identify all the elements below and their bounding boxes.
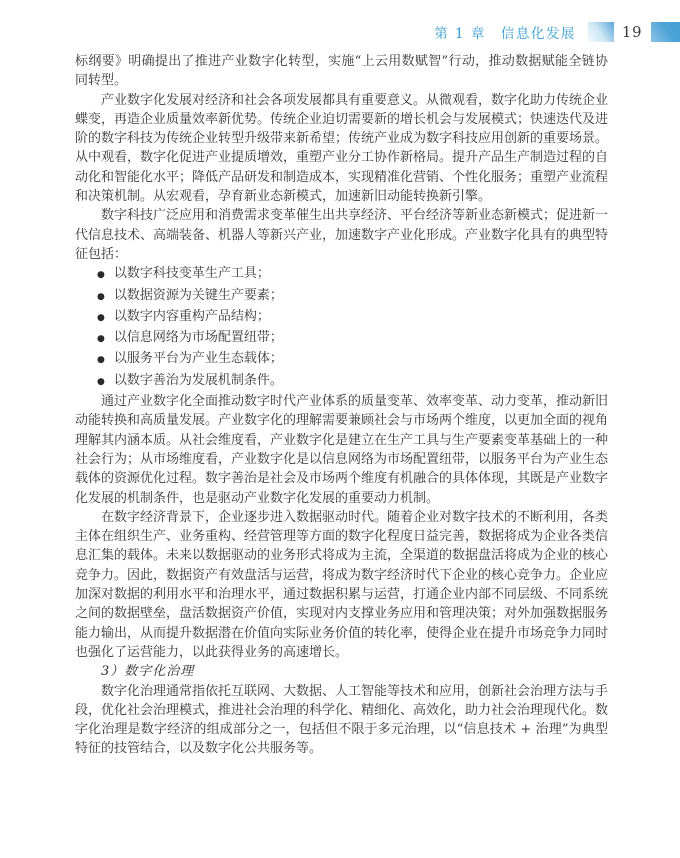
bullet-icon: ● [97,266,105,285]
section-heading: 3）数字化治理 [75,662,608,681]
list-item: ● 以数据资源为关键生产要素； [97,286,608,307]
list-item: ● 以服务平台为产业生态载体； [97,349,608,370]
list-item-text: 以数据资源为关键生产要素； [114,286,283,305]
list-item: ● 以数字科技变革生产工具； [97,264,608,285]
book-page: 第 1 章 信息化发展 19 标纲要》明确提出了推进产业数字化转型，实施“上云用… [0,0,680,858]
list-item: ● 以数字善治为发展机制条件。 [97,371,608,392]
page-body: 标纲要》明确提出了推进产业数字化转型，实施“上云用数赋智”行动，推动数据赋能全链… [75,52,608,759]
body-paragraph: 数字科技广泛应用和消费需求变革催生出共享经济、平台经济等新业态新模式；促进新一代… [75,206,608,264]
bullet-icon: ● [97,330,105,349]
header-accent-gradient-block [588,22,614,42]
bullet-icon: ● [97,288,105,307]
header-accent-solid-block [651,22,680,42]
list-item-text: 以信息网络为市场配置纽带； [114,328,283,347]
page-number: 19 [622,23,642,41]
list-item-text: 以服务平台为产业生态载体； [114,349,283,368]
body-paragraph: 通过产业数字化全面推动数字时代产业体系的质量变革、效率变革、动力变革，推动新旧动… [75,392,608,508]
bullet-icon: ● [97,351,105,370]
list-item-text: 以数字善治为发展机制条件。 [114,371,283,390]
chapter-title: 第 1 章 信息化发展 [434,22,576,42]
feature-bullet-list: ● 以数字科技变革生产工具； ● 以数据资源为关键生产要素； ● 以数字内容重构… [75,264,608,392]
list-item: ● 以数字内容重构产品结构； [97,307,608,328]
body-paragraph: 产业数字化发展对经济和社会各项发展都具有重要意义。从微观看，数字化助力传统企业蝶… [75,91,608,207]
bullet-icon: ● [97,309,105,328]
list-item-text: 以数字内容重构产品结构； [114,307,270,326]
running-header: 第 1 章 信息化发展 19 [434,21,680,42]
list-item: ● 以信息网络为市场配置纽带； [97,328,608,349]
list-item-text: 以数字科技变革生产工具； [114,264,270,283]
body-paragraph: 在数字经济背景下，企业逐步进入数据驱动时代。随着企业对数字技术的不断利用，各类主… [75,508,608,662]
body-paragraph: 标纲要》明确提出了推进产业数字化转型，实施“上云用数赋智”行动，推动数据赋能全链… [75,52,608,91]
bullet-icon: ● [97,373,105,392]
body-paragraph: 数字化治理通常指依托互联网、大数据、人工智能等技术和应用，创新社会治理方法与手段… [75,682,608,759]
